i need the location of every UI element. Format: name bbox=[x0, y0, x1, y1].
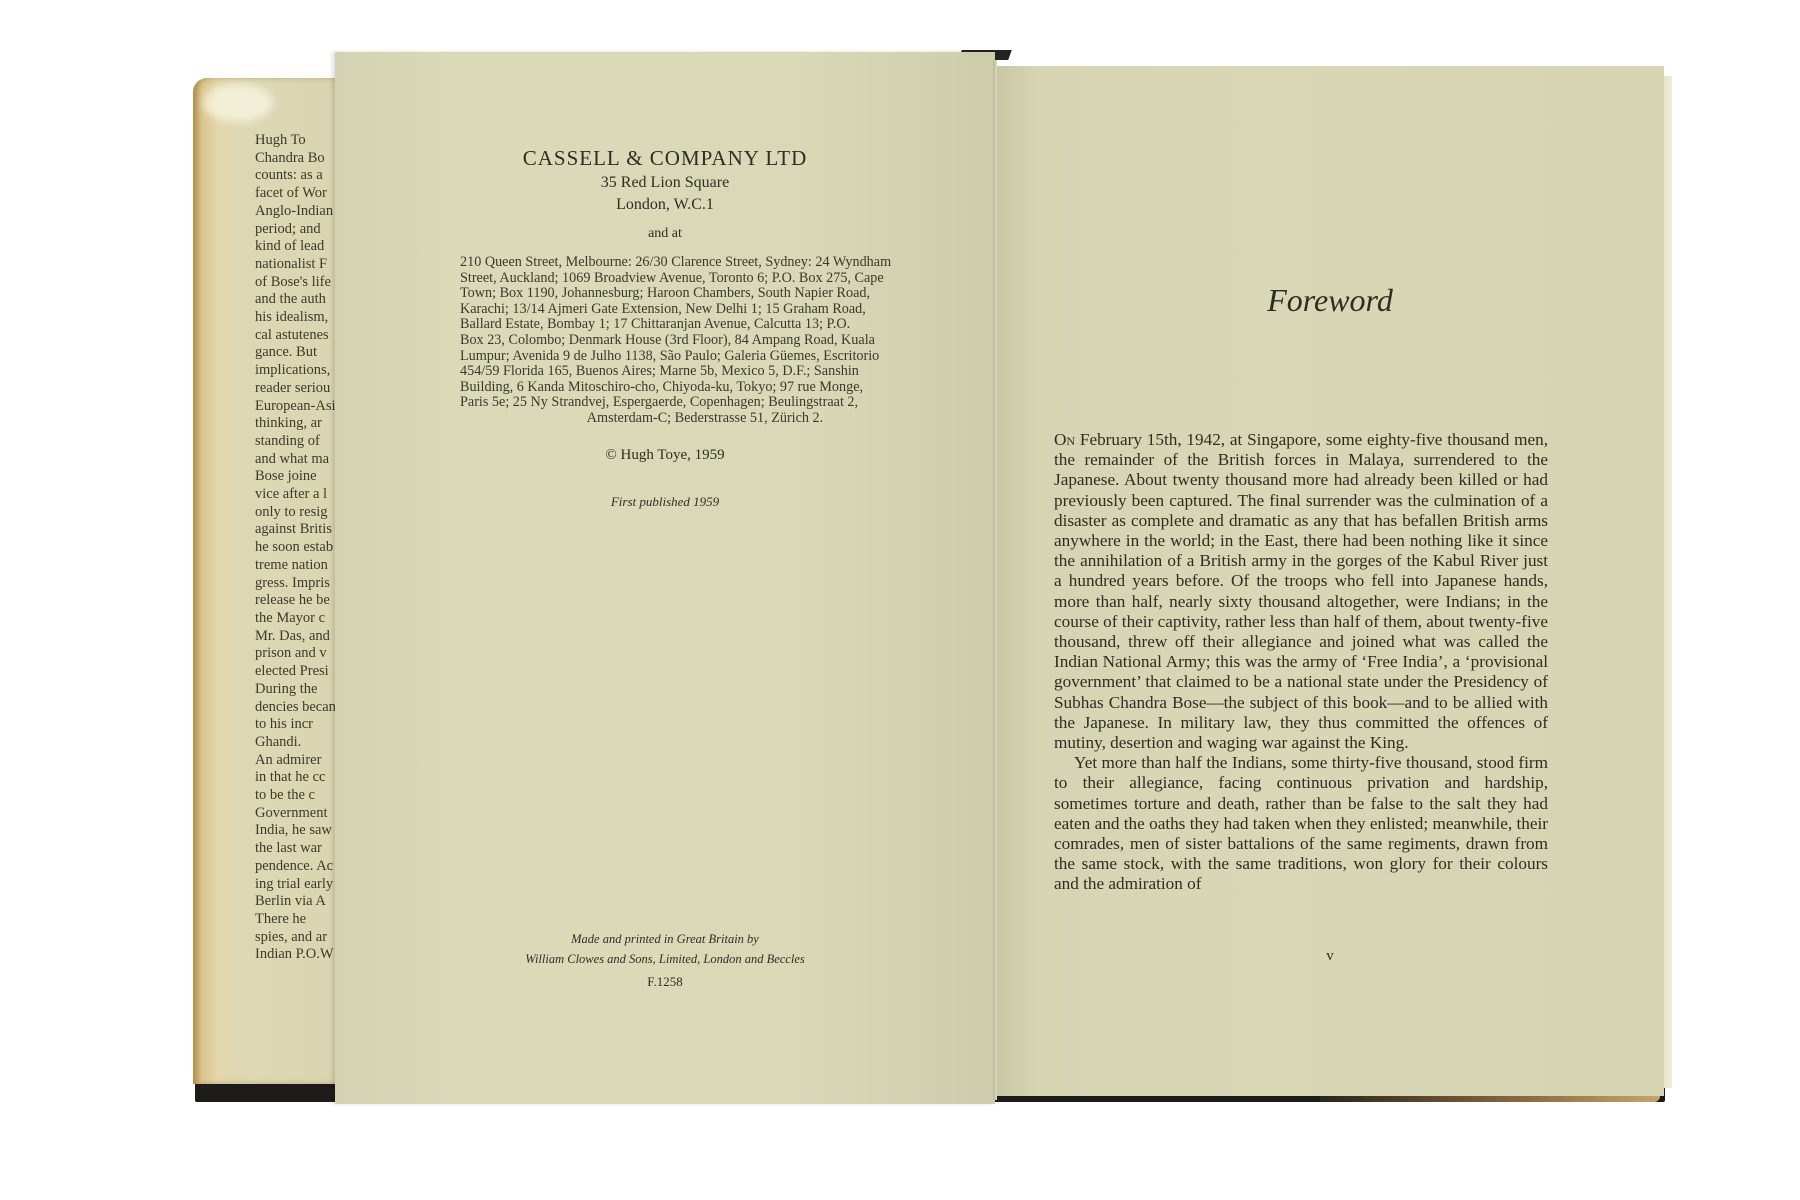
page-number: v bbox=[996, 948, 1664, 965]
branch-address-line: Building, 6 Kanda Mitoschiro-cho, Chiyod… bbox=[460, 380, 950, 396]
branch-address-line: Karachi; 13/14 Ajmeri Gate Extension, Ne… bbox=[460, 302, 950, 318]
jacket-glare bbox=[203, 84, 273, 122]
branch-address-line: Paris 5e; 25 Ny Strandvej, Espergaerde, … bbox=[460, 395, 950, 411]
drop-lead: On bbox=[1054, 430, 1075, 449]
printer-line-2: William Clowes and Sons, Limited, London… bbox=[335, 952, 995, 967]
chapter-heading: Foreword bbox=[996, 282, 1664, 319]
branch-address-line: 210 Queen Street, Melbourne: 26/30 Clare… bbox=[460, 255, 950, 271]
book-gutter bbox=[993, 60, 997, 1100]
paragraph-1: On February 15th, 1942, at Singapore, so… bbox=[1054, 430, 1548, 753]
and-at-label: and at bbox=[335, 226, 995, 242]
branch-address-line: 454/59 Florida 165, Buenos Aires; Marne … bbox=[460, 364, 950, 380]
branch-address-line: Ballard Estate, Bombay 1; 17 Chittaranja… bbox=[460, 317, 950, 333]
branch-address-line: Street, Auckland; 1069 Broadview Avenue,… bbox=[460, 271, 950, 287]
branch-address-line: Town; Box 1190, Johannesburg; Haroon Cha… bbox=[460, 286, 950, 302]
first-published: First published 1959 bbox=[335, 494, 995, 510]
publisher-address-line-2: London, W.C.1 bbox=[335, 196, 995, 214]
copyright-notice: © Hugh Toye, 1959 bbox=[335, 447, 995, 464]
publisher-address-line-1: 35 Red Lion Square bbox=[335, 174, 995, 192]
branch-addresses: 210 Queen Street, Melbourne: 26/30 Clare… bbox=[460, 255, 950, 427]
publisher-name: CASSELL & COMPANY LTD bbox=[335, 146, 995, 171]
page-fore-edge bbox=[1664, 76, 1672, 1088]
paragraph-2: Yet more than half the Indians, some thi… bbox=[1054, 753, 1548, 894]
branch-address-line: Amsterdam-C; Bederstrasse 51, Zürich 2. bbox=[460, 411, 950, 427]
branch-address-line: Box 23, Colombo; Denmark House (3rd Floo… bbox=[460, 333, 950, 349]
foreword-body: On February 15th, 1942, at Singapore, so… bbox=[1054, 430, 1548, 895]
right-page-foreword: Foreword On February 15th, 1942, at Sing… bbox=[995, 66, 1664, 1096]
printer-code: F.1258 bbox=[335, 974, 995, 990]
printer-line-1: Made and printed in Great Britain by bbox=[335, 932, 995, 947]
left-page-imprint: CASSELL & COMPANY LTD 35 Red Lion Square… bbox=[335, 52, 995, 1104]
branch-address-line: Lumpur; Avenida 9 de Julho 1138, São Pau… bbox=[460, 349, 950, 365]
paragraph-1-text: February 15th, 1942, at Singapore, some … bbox=[1054, 430, 1548, 752]
